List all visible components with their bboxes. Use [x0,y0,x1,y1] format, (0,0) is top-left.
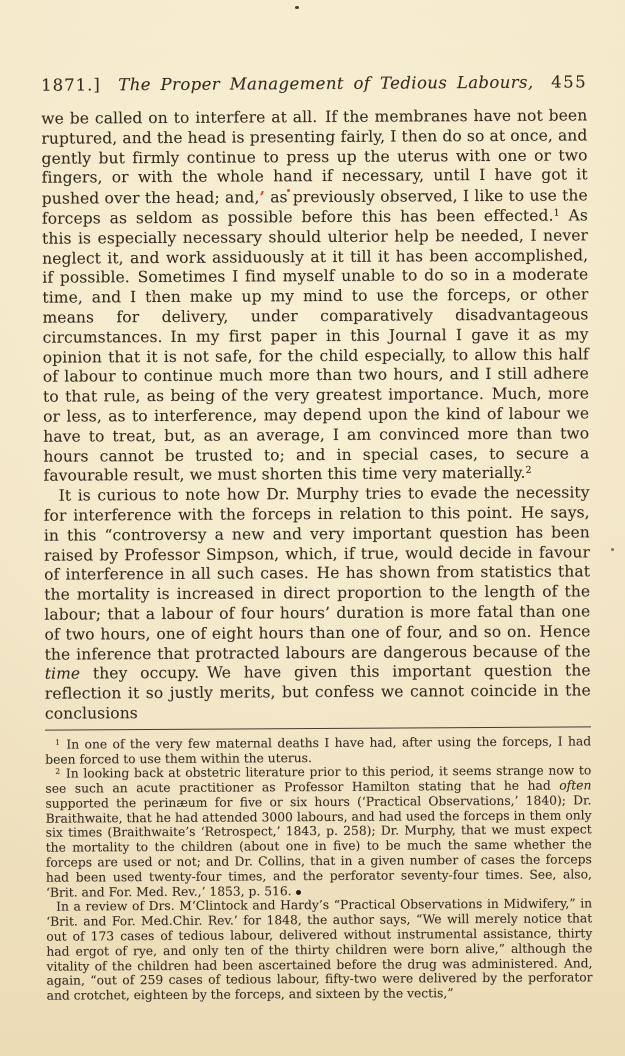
ink-speck [611,548,614,551]
body-paragraph-1: we be called on to interfere at all. If … [41,106,589,486]
footnote-2: 2 In looking back at obstetric literatur… [45,764,592,901]
running-header: 1871.] The Proper Management of Tedious … [41,72,587,94]
footnote-separator-rule [45,726,591,730]
page-content: 1871.] The Proper Management of Tedious … [41,72,593,1003]
body-text: we be called on to interfere at all. If … [41,106,591,724]
footnote-3: In a review of Drs. M‘Clintock and Hardy… [46,897,593,1004]
body-paragraph-2: It is curious to note how Dr. Murphy tri… [44,483,591,724]
footnote-1: 1 In one of the very few maternal deaths… [45,734,591,767]
header-year: 1871.] [41,75,101,94]
header-title: The Proper Management of Tedious Labours… [101,73,551,95]
footnotes-section: 1 In one of the very few maternal deaths… [45,734,593,1004]
header-page-number: 455 [551,72,587,91]
ink-speck [295,6,299,9]
scanned-book-page: 1871.] The Proper Management of Tedious … [0,0,625,1056]
